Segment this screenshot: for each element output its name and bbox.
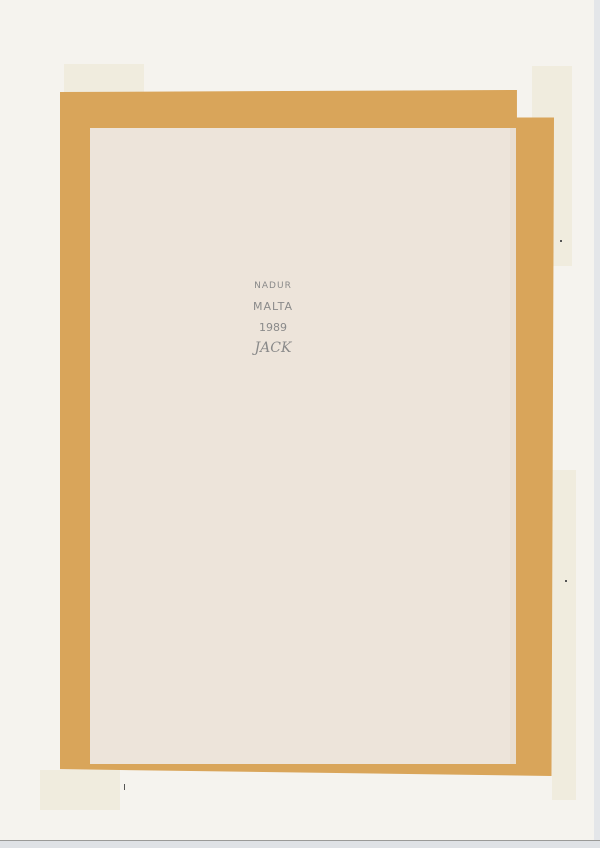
tape-right-lower — [552, 470, 576, 800]
bottom-edge-strip — [0, 840, 600, 848]
inscription-country: MALTA — [228, 301, 318, 312]
pencil-inscription: NADUR MALTA 1989 JACK — [228, 282, 318, 355]
inner-paper — [90, 128, 510, 764]
pencil-tick — [124, 784, 125, 790]
pencil-dot — [565, 580, 567, 582]
inscription-year: 1989 — [228, 322, 318, 333]
inscription-place: NADUR — [228, 282, 318, 291]
pencil-dot — [560, 240, 562, 242]
tape-bottom-left — [40, 770, 120, 810]
right-edge-strip — [594, 0, 600, 840]
inner-right-band — [510, 128, 516, 764]
inscription-signature: JACK — [228, 341, 318, 355]
